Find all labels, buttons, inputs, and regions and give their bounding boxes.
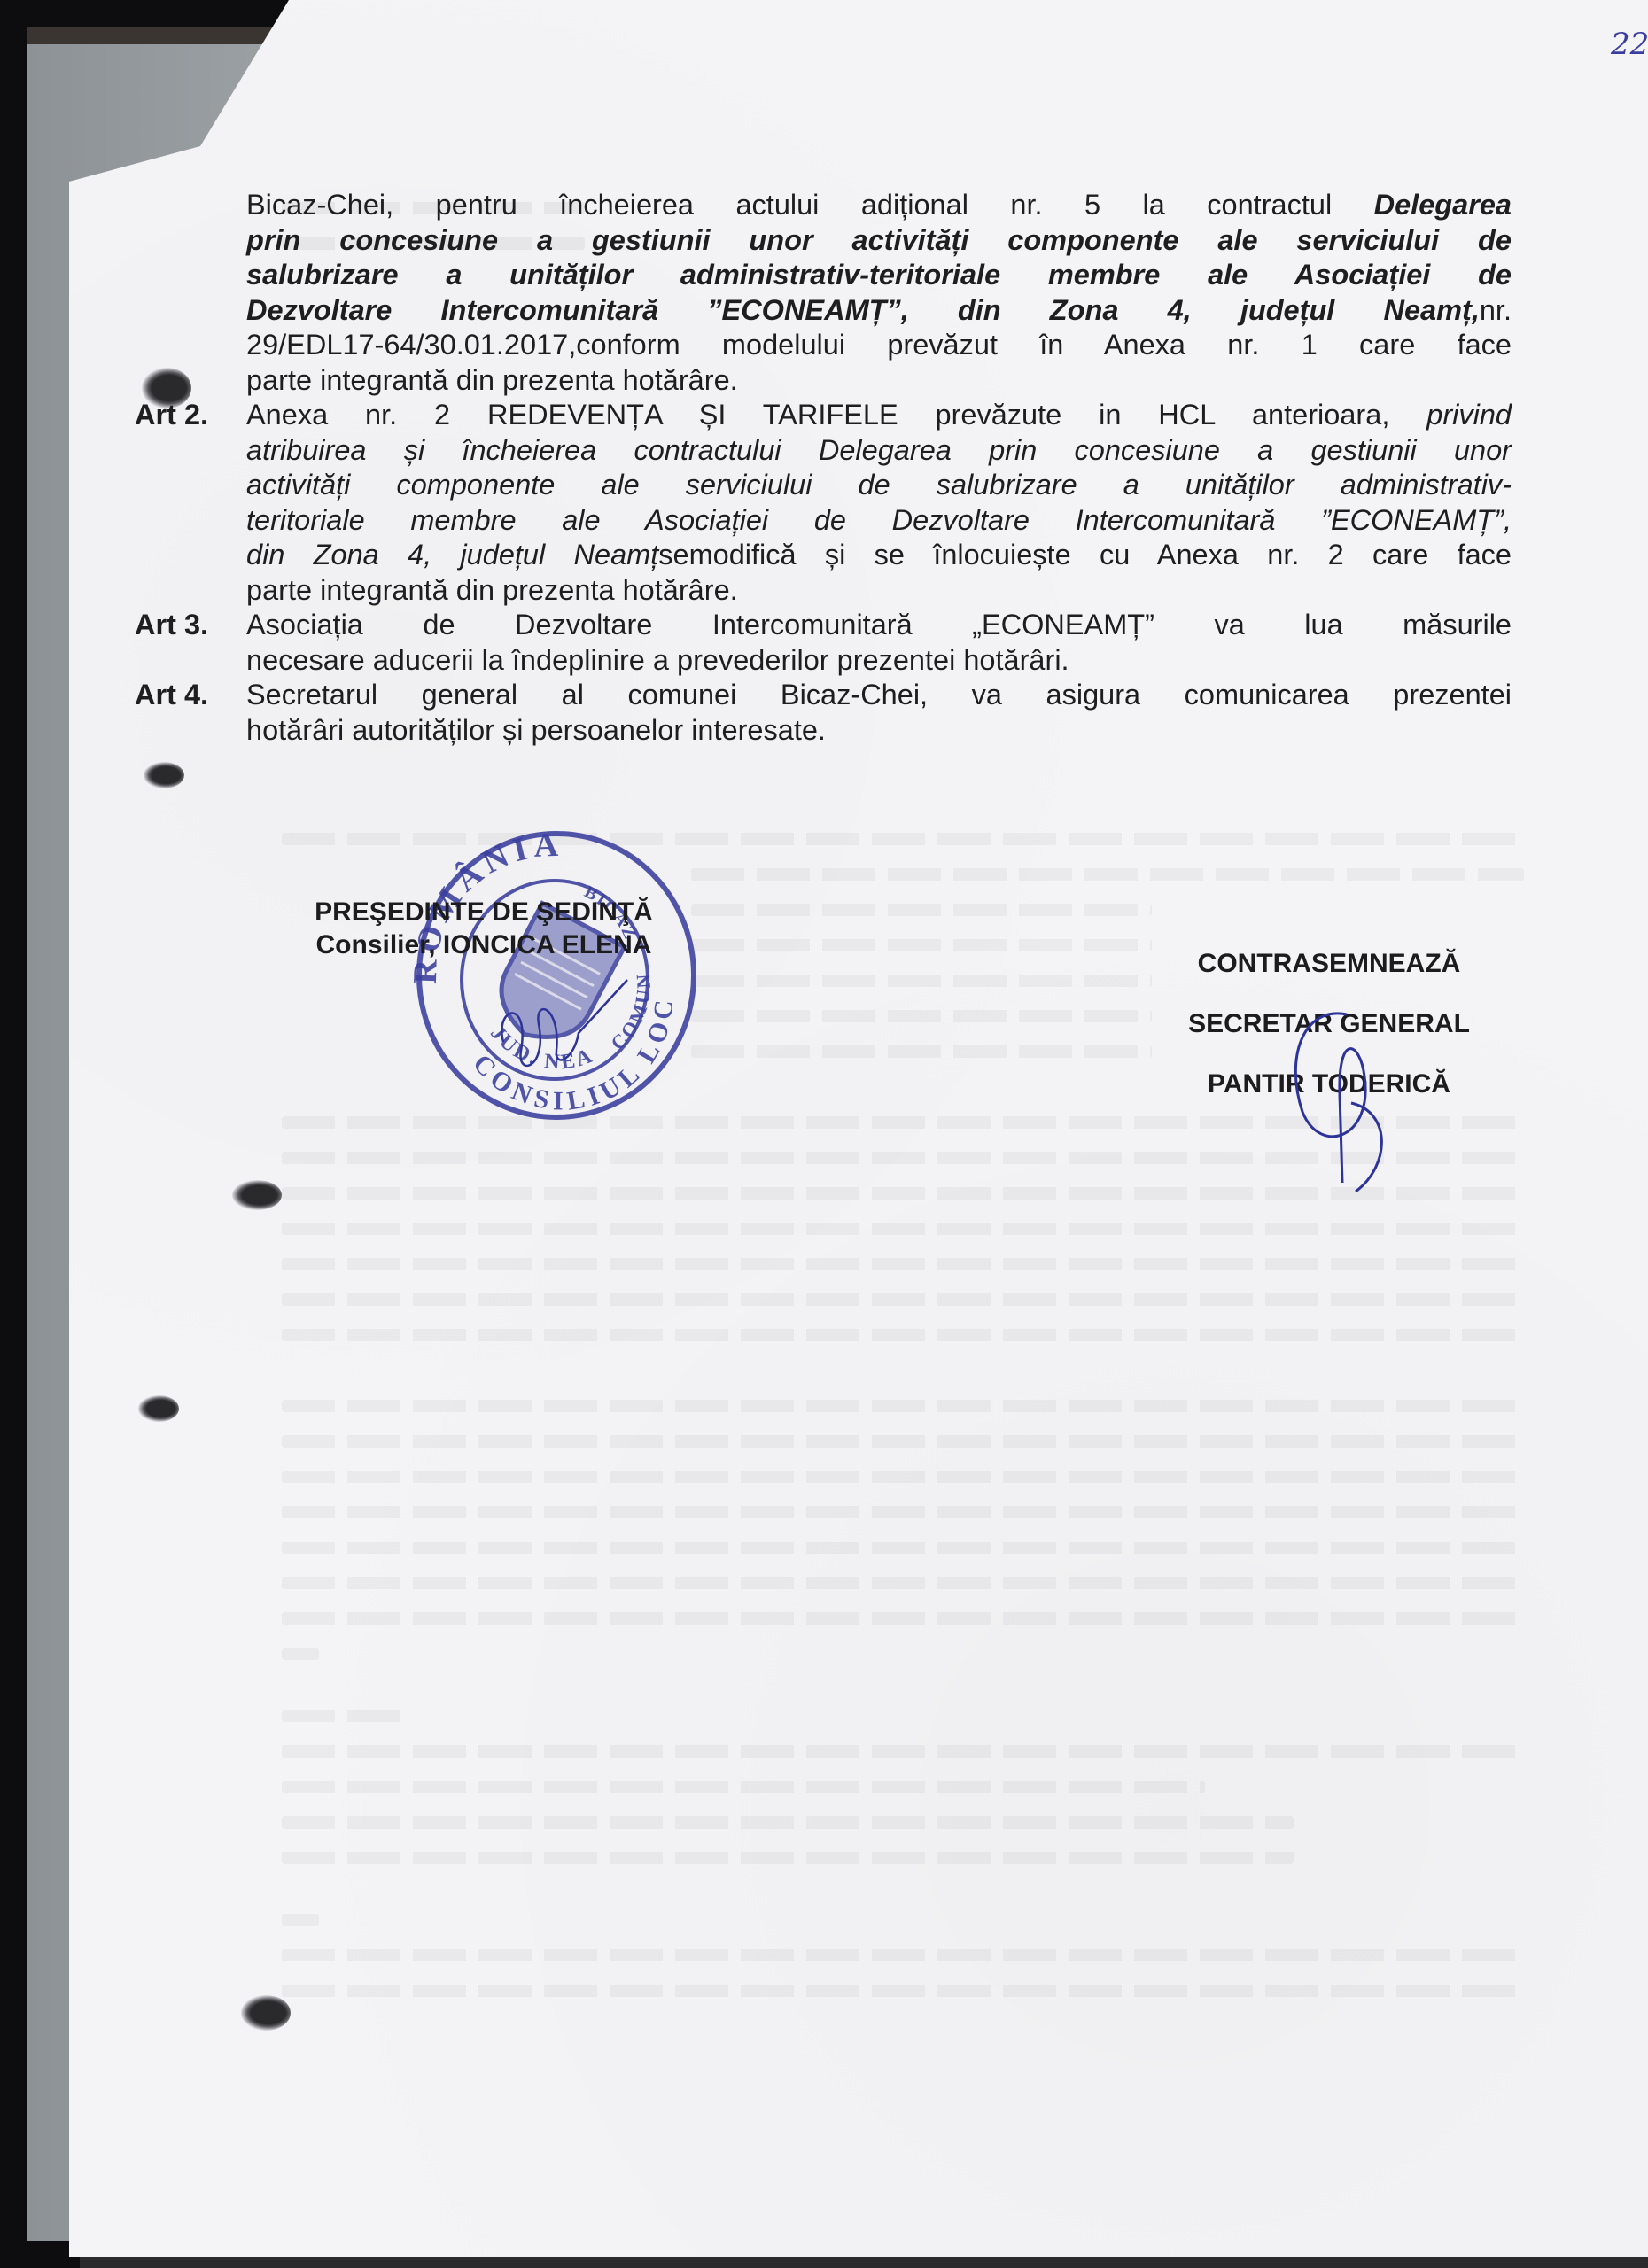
article-1-continuation: Bicaz-Chei, pentru încheierea actului ad…: [246, 188, 1512, 398]
text-segment: parte integrantă din prezenta hotărâre.: [246, 364, 738, 396]
chairman-name: Consilier, IONCICA ELENA: [280, 928, 688, 961]
text-segment: semodifică și se înlocuiește cu Anexa nr…: [658, 539, 1512, 571]
punch-hole: [241, 1995, 291, 2031]
text-segment: teritoriale membre ale Asociației de Dez…: [246, 504, 1512, 536]
article-4-text: Secretarul general al comunei Bicaz-Chei…: [246, 678, 1512, 748]
text-segment: Dezvoltare Intercomunitară ”ECONEAMȚ”, d…: [246, 294, 1480, 326]
article-label: Art 3.: [135, 608, 208, 643]
text-segment: 29/EDL17-64/30.01.2017,conform modelului…: [246, 329, 1512, 361]
text-segment: hotărâri autorităților și persoanelor in…: [246, 714, 826, 746]
text-segment: atribuirea și încheierea contractului De…: [246, 434, 1512, 466]
article-label: Art 4.: [135, 678, 208, 713]
text-segment: parte integrantă din prezenta hotărâre.: [246, 574, 738, 606]
text-line: hotărâri autorităților și persoanelor in…: [246, 713, 1512, 749]
articles-list: Art 2. Anexa nr. 2 REDEVENȚA ȘI TARIFELE…: [246, 398, 1512, 748]
text-segment: salubrizare a unităților administrativ-t…: [246, 259, 1512, 291]
text-segment: Secretarul general al comunei Bicaz-Chei…: [246, 679, 1512, 711]
text-segment: Anexa nr. 2 REDEVENȚA ȘI TARIFELE prevăz…: [246, 399, 1426, 431]
text-line: Asociația de Dezvoltare Intercomunitară …: [246, 608, 1512, 643]
text-segment: Bicaz-Chei, pentru încheierea actului ad…: [246, 189, 1374, 221]
text-line: necesare aducerii la îndeplinire a preve…: [246, 643, 1512, 679]
punch-hole: [144, 762, 184, 788]
text-line: 29/EDL17-64/30.01.2017,conform modelului…: [246, 328, 1512, 363]
page-bottom-edge: [80, 2257, 1648, 2268]
text-line: activități componente ale serviciului de…: [246, 468, 1512, 503]
text-line: din Zona 4, județul Neamțsemodifică și s…: [246, 538, 1512, 573]
text-segment: necesare aducerii la îndeplinire a preve…: [246, 644, 1069, 676]
text-line: teritoriale membre ale Asociației de Dez…: [246, 503, 1512, 539]
punch-hole: [232, 1180, 282, 1210]
text-segment: Delegarea: [1374, 189, 1512, 221]
text-segment: din Zona 4, județul Neamț: [246, 539, 658, 571]
article-3-text: Asociația de Dezvoltare Intercomunitară …: [246, 608, 1512, 678]
text-line: Secretarul general al comunei Bicaz-Chei…: [246, 678, 1512, 713]
text-segment: Asociația de Dezvoltare Intercomunitară …: [246, 609, 1512, 641]
handwritten-page-number: 22: [1611, 27, 1648, 62]
secretary-handwritten-signature: [1267, 979, 1391, 1192]
text-segment: nr.: [1480, 294, 1512, 326]
text-line: parte integrantă din prezenta hotărâre.: [246, 363, 1512, 399]
text-segment: prin concesiune a gestiunii unor activit…: [246, 224, 1512, 256]
article-4: Art 4. Secretarul general al comunei Bic…: [246, 678, 1512, 748]
text-line: salubrizare a unităților administrativ-t…: [246, 258, 1512, 293]
text-line: parte integrantă din prezenta hotărâre.: [246, 573, 1512, 609]
chairman-signature-block: PREŞEDINTE DE ŞEDINŢĂ Consilier, IONCICA…: [280, 896, 688, 961]
chairman-title: PREŞEDINTE DE ŞEDINŢĂ: [280, 896, 688, 928]
text-line: atribuirea și încheierea contractului De…: [246, 433, 1512, 469]
text-line: Anexa nr. 2 REDEVENȚA ȘI TARIFELE prevăz…: [246, 398, 1512, 433]
article-label: Art 2.: [135, 398, 208, 433]
punch-hole: [138, 1395, 179, 1422]
text-segment: activități componente ale serviciului de…: [246, 469, 1512, 501]
text-segment: privind: [1426, 399, 1512, 431]
article-2: Art 2. Anexa nr. 2 REDEVENȚA ȘI TARIFELE…: [246, 398, 1512, 608]
article-2-text: Anexa nr. 2 REDEVENȚA ȘI TARIFELE prevăz…: [246, 398, 1512, 608]
text-line: Dezvoltare Intercomunitară ”ECONEAMȚ”, d…: [246, 293, 1512, 329]
text-line: Bicaz-Chei, pentru încheierea actului ad…: [246, 188, 1512, 223]
text-line: prin concesiune a gestiunii unor activit…: [246, 223, 1512, 259]
article-3: Art 3. Asociația de Dezvoltare Intercomu…: [246, 608, 1512, 678]
official-seal-stamp: ROMÂNIA CONSILIUL LOCAL BICAZ-CHEI JUD. …: [406, 829, 698, 1122]
article-1-text: Bicaz-Chei, pentru încheierea actului ad…: [246, 188, 1512, 398]
